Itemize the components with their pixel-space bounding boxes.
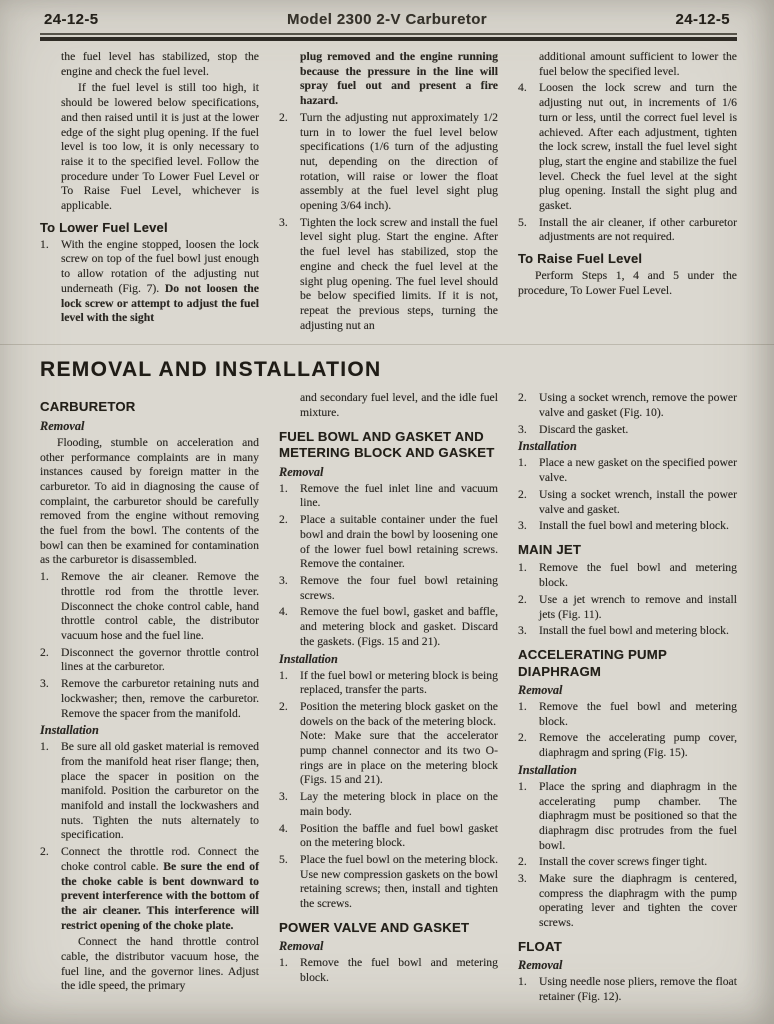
subheading-installation: Installation xyxy=(518,439,737,454)
paragraph-continuation: additional amount sufficient to lower th… xyxy=(539,50,737,79)
step-number: 3. xyxy=(40,677,61,721)
numbered-step: 2. Position the metering block gasket on… xyxy=(279,700,498,788)
numbered-step: 2. Install the cover screws finger tight… xyxy=(518,855,737,870)
numbered-step: 2. Using a socket wrench, remove the pow… xyxy=(518,391,737,420)
top-column-left: the fuel level has stabilized, stop the … xyxy=(40,50,259,335)
numbered-step: 2. Remove the accelerating pump cover, d… xyxy=(518,731,737,760)
step-text: Be sure all old gasket material is remov… xyxy=(61,740,259,843)
numbered-step: 2. Turn the adjusting nut approximately … xyxy=(279,111,498,214)
numbered-step: 1. Using needle nose pliers, remove the … xyxy=(518,975,737,1004)
step-text-normal: Position the metering block gasket on th… xyxy=(300,700,498,729)
step-text: Install the fuel bowl and metering block… xyxy=(539,624,737,639)
subheading-installation: Installation xyxy=(279,652,498,667)
heading-fuel-bowl-and-gasket: FUEL BOWL AND GASKET AND METERING BLOCK … xyxy=(279,429,498,462)
numbered-step: 1. Remove the fuel inlet line and vacuum… xyxy=(279,482,498,511)
step-number: 2. xyxy=(40,845,61,933)
step-text: Remove the fuel bowl, gasket and baffle,… xyxy=(300,605,498,649)
paragraph: Connect the hand throttle control cable,… xyxy=(61,935,259,994)
numbered-step: 2. Place a suitable container under the … xyxy=(279,513,498,572)
step-text: Place a new gasket on the specified powe… xyxy=(539,456,737,485)
subheading-removal: Removal xyxy=(40,419,259,434)
heading-carburetor: CARBURETOR xyxy=(40,399,259,416)
heading-power-valve-and-gasket: POWER VALVE AND GASKET xyxy=(279,920,498,937)
step-text: Lay the metering block in place on the m… xyxy=(300,790,498,819)
step-text: Remove the carburetor retaining nuts and… xyxy=(61,677,259,721)
step-text: Loosen the lock screw and turn the adjus… xyxy=(539,81,737,213)
step-number: 1. xyxy=(40,238,61,326)
step-number: 2. xyxy=(518,488,539,517)
step-number: 2. xyxy=(518,855,539,870)
bottom-column-left: CARBURETOR Removal Flooding, stumble on … xyxy=(40,391,259,1006)
step-text: Remove the accelerating pump cover, diap… xyxy=(539,731,737,760)
step-text: Place the fuel bowl on the metering bloc… xyxy=(300,853,498,912)
step-number: 1. xyxy=(279,669,300,698)
step-number: 1. xyxy=(518,975,539,1004)
step-number: 1. xyxy=(518,780,539,854)
numbered-step: 2. Using a socket wrench, install the po… xyxy=(518,488,737,517)
numbered-step: 3. Lay the metering block in place on th… xyxy=(279,790,498,819)
subheading-removal: Removal xyxy=(279,465,498,480)
paragraph: Flooding, stumble on acceleration and ot… xyxy=(40,436,259,568)
subheading-installation: Installation xyxy=(518,763,737,778)
page-number-right: 24-12-5 xyxy=(675,11,730,28)
subheading-removal: Removal xyxy=(518,958,737,973)
numbered-step: 4. Loosen the lock screw and turn the ad… xyxy=(518,81,737,213)
step-number: 2. xyxy=(518,731,539,760)
numbered-step: 1. Place the spring and diaphragm in the… xyxy=(518,780,737,854)
step-number: 1. xyxy=(518,561,539,590)
numbered-step: 4. Position the baffle and fuel bowl gas… xyxy=(279,822,498,851)
step-number: 1. xyxy=(518,700,539,729)
step-number: 5. xyxy=(279,853,300,912)
heading-accelerating-pump-diaphragm: ACCELERATING PUMP DIAPHRAGM xyxy=(518,647,737,680)
heading-main-jet: MAIN JET xyxy=(518,542,737,559)
step-text: Use a jet wrench to remove and install j… xyxy=(539,593,737,622)
step-text: Install the fuel bowl and metering block… xyxy=(539,519,737,534)
top-column-middle: plug removed and the engine running beca… xyxy=(279,50,498,335)
heading-to-lower-fuel-level: To Lower Fuel Level xyxy=(40,220,259,235)
step-text: Remove the fuel bowl and metering block. xyxy=(539,561,737,590)
bottom-column-middle: and secondary fuel level, and the idle f… xyxy=(279,391,498,1006)
numbered-step: 5. Place the fuel bowl on the metering b… xyxy=(279,853,498,912)
step-number: 4. xyxy=(279,822,300,851)
step-text: Remove the air cleaner. Remove the throt… xyxy=(61,570,259,644)
bottom-column-right: 2. Using a socket wrench, remove the pow… xyxy=(518,391,737,1006)
paragraph: If the fuel level is still too high, it … xyxy=(61,81,259,213)
step-number: 1. xyxy=(279,482,300,511)
numbered-step: 1. Remove the fuel bowl and metering blo… xyxy=(518,700,737,729)
step-text: Using a socket wrench, remove the power … xyxy=(539,391,737,420)
numbered-step: 3. Make sure the diaphragm is centered, … xyxy=(518,872,737,931)
page-title: Model 2300 2-V Carburetor xyxy=(287,11,487,28)
numbered-step: 1. Remove the air cleaner. Remove the th… xyxy=(40,570,259,644)
numbered-step: 5. Install the air cleaner, if other car… xyxy=(518,216,737,245)
numbered-step: 1. Be sure all old gasket material is re… xyxy=(40,740,259,843)
step-number: 2. xyxy=(518,593,539,622)
step-text: Disconnect the governor throttle control… xyxy=(61,646,259,675)
section-divider xyxy=(0,344,774,345)
step-number: 3. xyxy=(518,423,539,438)
step-text: Tighten the lock screw and install the f… xyxy=(300,216,498,334)
page-number-left: 24-12-5 xyxy=(44,11,99,28)
numbered-step: 1. Remove the fuel bowl and metering blo… xyxy=(518,561,737,590)
step-number: 1. xyxy=(518,456,539,485)
step-text: Install the cover screws finger tight. xyxy=(539,855,737,870)
top-column-right: additional amount sufficient to lower th… xyxy=(518,50,737,335)
numbered-step: 3. Tighten the lock screw and install th… xyxy=(279,216,498,334)
fuel-level-section: the fuel level has stabilized, stop the … xyxy=(0,50,774,335)
step-number: 4. xyxy=(518,81,539,213)
step-note: Note: Make sure that the accelerator pum… xyxy=(300,729,498,788)
step-text: Place the spring and diaphragm in the ac… xyxy=(539,780,737,854)
numbered-step: 1. With the engine stopped, loosen the l… xyxy=(40,238,259,326)
numbered-step: 3. Remove the carburetor retaining nuts … xyxy=(40,677,259,721)
step-text: Turn the adjusting nut approximately 1/2… xyxy=(300,111,498,214)
step-number: 2. xyxy=(279,700,300,788)
step-text: Remove the four fuel bowl retaining scre… xyxy=(300,574,498,603)
step-number: 2. xyxy=(40,646,61,675)
step-text: Using needle nose pliers, remove the flo… xyxy=(539,975,737,1004)
step-number: 3. xyxy=(518,519,539,534)
removal-installation-section: CARBURETOR Removal Flooding, stumble on … xyxy=(0,391,774,1006)
step-number: 1. xyxy=(40,740,61,843)
step-text: Remove the fuel bowl and metering block. xyxy=(300,956,498,985)
step-text: Install the air cleaner, if other carbur… xyxy=(539,216,737,245)
heading-to-raise-fuel-level: To Raise Fuel Level xyxy=(518,251,737,266)
step-number: 3. xyxy=(518,872,539,931)
step-number: 4. xyxy=(279,605,300,649)
numbered-step: 2. Use a jet wrench to remove and instal… xyxy=(518,593,737,622)
numbered-step: 1. If the fuel bowl or metering block is… xyxy=(279,669,498,698)
paragraph: Perform Steps 1, 4 and 5 under the proce… xyxy=(518,269,737,298)
step-number: 2. xyxy=(279,111,300,214)
step-number: 1. xyxy=(40,570,61,644)
subheading-removal: Removal xyxy=(279,939,498,954)
step-text: Make sure the diaphragm is centered, com… xyxy=(539,872,737,931)
paragraph: the fuel level has stabilized, stop the … xyxy=(61,50,259,79)
numbered-step: 3. Remove the four fuel bowl retaining s… xyxy=(279,574,498,603)
step-text: Position the metering block gasket on th… xyxy=(300,700,498,788)
numbered-step: 3. Install the fuel bowl and metering bl… xyxy=(518,519,737,534)
step-text: Discard the gasket. xyxy=(539,423,737,438)
step-text: If the fuel bowl or metering block is be… xyxy=(300,669,498,698)
numbered-step: 1. Remove the fuel bowl and metering blo… xyxy=(279,956,498,985)
step-text: With the engine stopped, loosen the lock… xyxy=(61,238,259,326)
header-rule-thin xyxy=(40,33,737,35)
step-number: 3. xyxy=(279,216,300,334)
step-text: Using a socket wrench, install the power… xyxy=(539,488,737,517)
subheading-installation: Installation xyxy=(40,723,259,738)
step-text: Connect the throttle rod. Connect the ch… xyxy=(61,845,259,933)
numbered-step: 1. Place a new gasket on the specified p… xyxy=(518,456,737,485)
numbered-step: 2. Disconnect the governor throttle cont… xyxy=(40,646,259,675)
section-title-removal-and-installation: REMOVAL AND INSTALLATION xyxy=(0,358,774,382)
step-number: 2. xyxy=(279,513,300,572)
step-text: Position the baffle and fuel bowl gasket… xyxy=(300,822,498,851)
step-number: 2. xyxy=(518,391,539,420)
step-text: Remove the fuel inlet line and vacuum li… xyxy=(300,482,498,511)
step-text: Place a suitable container under the fue… xyxy=(300,513,498,572)
step-text: Remove the fuel bowl and metering block. xyxy=(539,700,737,729)
header-rule-thick xyxy=(40,37,737,41)
numbered-step: 4. Remove the fuel bowl, gasket and baff… xyxy=(279,605,498,649)
numbered-step: 2. Connect the throttle rod. Connect the… xyxy=(40,845,259,933)
step-number: 5. xyxy=(518,216,539,245)
step-number: 3. xyxy=(279,790,300,819)
heading-float: FLOAT xyxy=(518,939,737,956)
paragraph-bold-continuation: plug removed and the engine running beca… xyxy=(300,50,498,109)
step-number: 3. xyxy=(279,574,300,603)
step-number: 1. xyxy=(279,956,300,985)
subheading-removal: Removal xyxy=(518,683,737,698)
numbered-step: 3. Install the fuel bowl and metering bl… xyxy=(518,624,737,639)
step-number: 3. xyxy=(518,624,539,639)
paragraph-continuation: and secondary fuel level, and the idle f… xyxy=(300,391,498,420)
numbered-step: 3. Discard the gasket. xyxy=(518,423,737,438)
page-header: 24-12-5 Model 2300 2-V Carburetor 24-12-… xyxy=(0,0,774,28)
manual-page: 24-12-5 Model 2300 2-V Carburetor 24-12-… xyxy=(0,0,774,1024)
